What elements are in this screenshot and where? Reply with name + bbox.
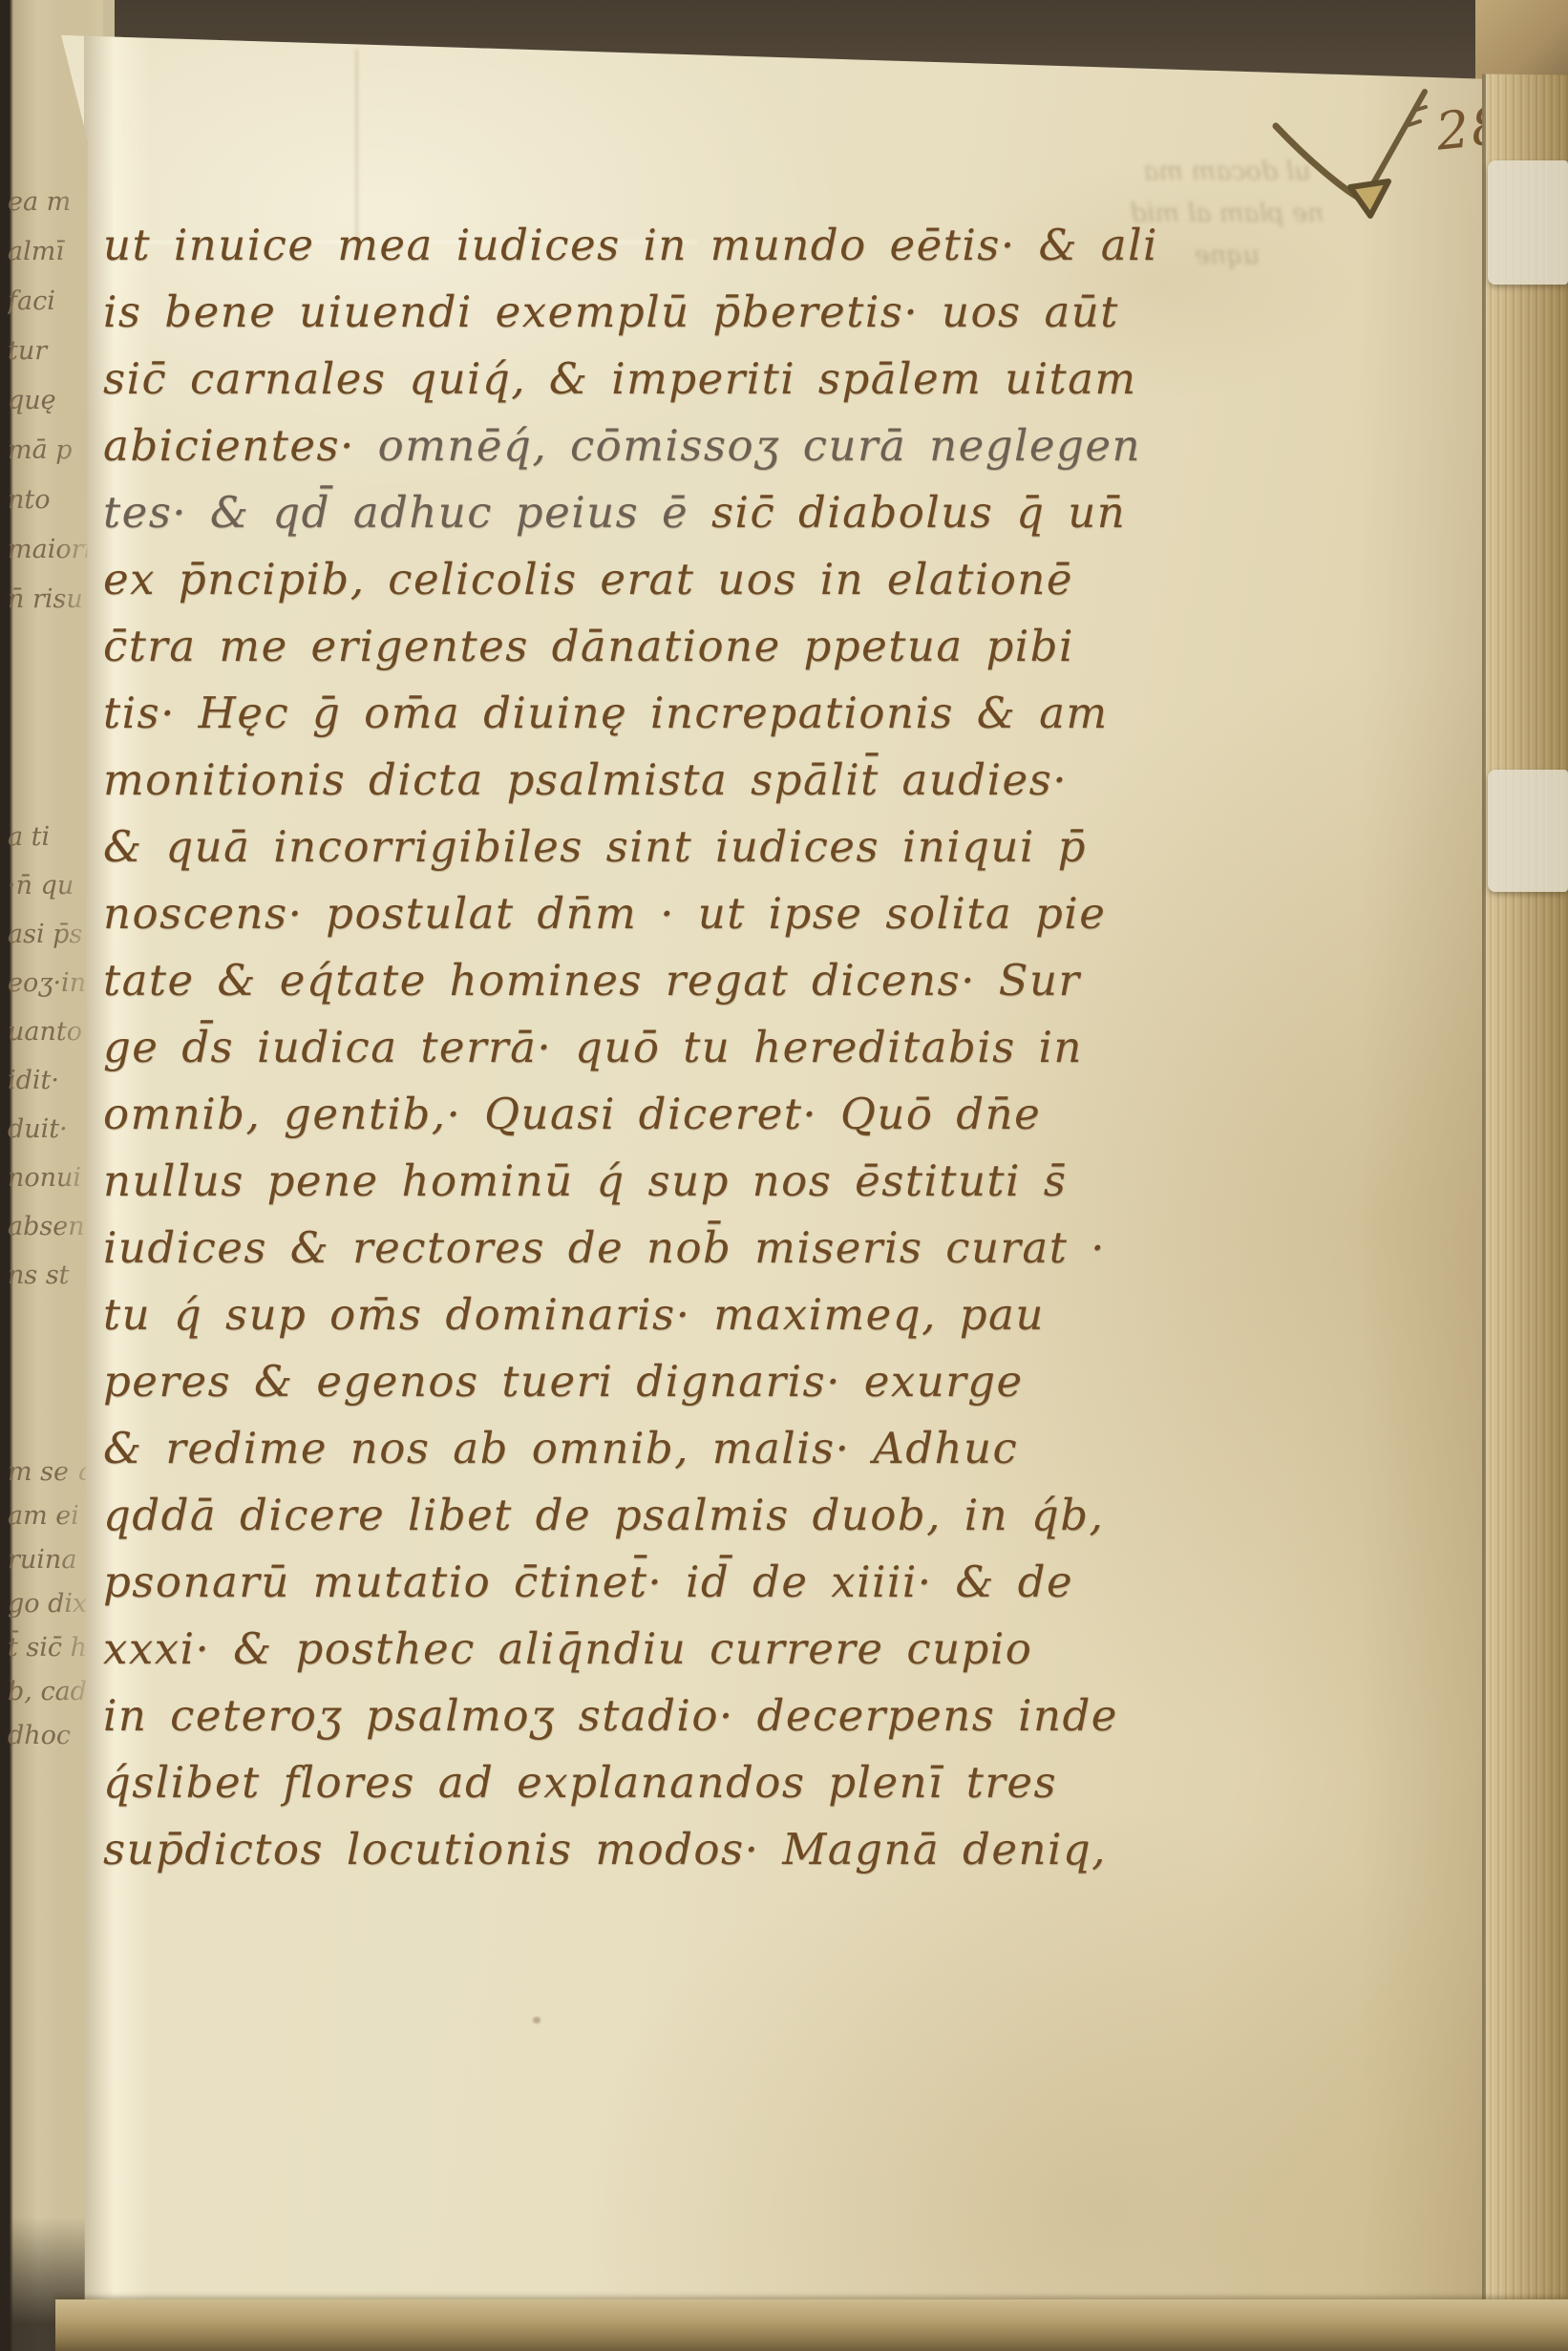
text-line: sic̄ carnales quiq́, & imperiti spālem u… (103, 346, 1259, 413)
line-text: ge d̄s iudica terrā· quō tu hereditabis … (103, 1022, 1083, 1072)
vellum-tab-upper (1488, 160, 1568, 285)
line-text: tu q́ sup om̄s dominaris· maximeq, pau (103, 1289, 1045, 1340)
manuscript-photo: ea m almī faci tur quę mā p nto maiori n… (0, 0, 1568, 2351)
text-line: tu q́ sup om̄s dominaris· maximeq, pau (103, 1281, 1259, 1348)
bottom-page-stack-edge (55, 2299, 1568, 2351)
text-line: psonarū mutatio c̄tinet̄· id̄ de xiiii· … (103, 1549, 1259, 1616)
text-line: tis· Hęc ḡ om̄a diuinę increpationis & a… (103, 680, 1259, 747)
line-text: peres & egenos tueri dignaris· exurge (103, 1356, 1024, 1407)
text-line: iudices & rectores de nob̄ miseris curat… (103, 1215, 1259, 1281)
vellum-tab-lower (1488, 770, 1568, 892)
text-line: tes· & qd̄ adhuc peius ē sic̄ diabolus q… (103, 479, 1259, 546)
text-line: & redime nos ab omnib, malis· Adhuc (103, 1415, 1259, 1482)
line-text: sic̄ carnales quiq́, & imperiti spālem u… (103, 353, 1137, 404)
line-text: c̄tra me erigentes dānatione ppetua pibi (103, 621, 1074, 671)
text-line: qddā dicere libet de psalmis duob, in q́… (103, 1482, 1259, 1549)
fore-edge-shadow-line (1482, 74, 1486, 2319)
line-text: sup̄dictos locutionis modos· Magnā deniq… (103, 1824, 1107, 1874)
text-line: ut inuice mea iudices in mundo eētis· & … (103, 212, 1259, 279)
line-text: ut inuice mea iudices in mundo eētis· & … (103, 220, 1158, 270)
line-text-retraced: tes· & qd̄ adhuc peius ē (103, 487, 711, 538)
text-line: monitionis dicta psalmista spālit̄ audie… (103, 747, 1259, 814)
manuscript-page: ul docam ma ne plam al mid uqne 28· ut i… (0, 0, 1568, 2351)
line-text: & quā incorrigibiles sint iudices iniqui… (103, 821, 1087, 872)
line-text: abicientes· (103, 420, 378, 471)
line-text: psonarū mutatio c̄tinet̄· id̄ de xiiii· … (103, 1557, 1073, 1607)
text-line: peres & egenos tueri dignaris· exurge (103, 1348, 1259, 1415)
line-text: sic̄ diabolus q̄ un̄ (711, 487, 1126, 538)
text-line: ge d̄s iudica terrā· quō tu hereditabis … (103, 1014, 1259, 1081)
text-line: abicientes· omnēq́, cōmissoʒ curā negleg… (103, 413, 1259, 479)
text-line: xxxi· & posthec aliq̄ndiu currere cupio (103, 1616, 1259, 1683)
line-text: monitionis dicta psalmista spālit̄ audie… (103, 754, 1068, 805)
text-line: ex p̄ncipib, celicolis erat uos in elati… (103, 546, 1259, 613)
text-line: tate & eq́tate homines regat dicens· Sur (103, 947, 1259, 1014)
ink-speck (533, 2017, 540, 2023)
line-text: qddā dicere libet de psalmis duob, in q́… (103, 1490, 1104, 1540)
text-line: noscens· postulat dn̄m · ut ipse solita … (103, 880, 1259, 947)
text-line: & quā incorrigibiles sint iudices iniqui… (103, 814, 1259, 880)
text-line: c̄tra me erigentes dānatione ppetua pibi (103, 613, 1259, 680)
text-line: in ceteroʒ psalmoʒ stadio· decerpens ind… (103, 1683, 1259, 1749)
line-text: in ceteroʒ psalmoʒ stadio· decerpens ind… (103, 1690, 1118, 1741)
line-text: omnib, gentib,· Quasi diceret· Quō dn̄e (103, 1089, 1041, 1139)
text-line: is bene uiuendi exemplū p̄beretis· uos a… (103, 279, 1259, 346)
text-block: ut inuice mea iudices in mundo eētis· & … (103, 212, 1259, 1883)
text-line: nullus pene hominū q́ sup nos ēstituti s… (103, 1148, 1259, 1215)
line-text: xxxi· & posthec aliq̄ndiu currere cupio (103, 1623, 1032, 1674)
line-text-retraced: omnēq́, cōmissoʒ curā neglegen (378, 420, 1141, 471)
text-line: q́slibet flores ad explanandos plenī tre… (103, 1749, 1259, 1816)
line-text: ex p̄ncipib, celicolis erat uos in elati… (103, 554, 1073, 604)
line-text: iudices & rectores de nob̄ miseris curat… (103, 1222, 1106, 1273)
text-line: omnib, gentib,· Quasi diceret· Quō dn̄e (103, 1081, 1259, 1148)
line-text: & redime nos ab omnib, malis· Adhuc (103, 1423, 1018, 1473)
text-line: sup̄dictos locutionis modos· Magnā deniq… (103, 1816, 1259, 1883)
line-text: tis· Hęc ḡ om̄a diuinę increpationis & a… (103, 688, 1109, 738)
line-text: tate & eq́tate homines regat dicens· Sur (103, 955, 1081, 1006)
line-text: is bene uiuendi exemplū p̄beretis· uos a… (103, 286, 1119, 337)
line-text: q́slibet flores ad explanandos plenī tre… (103, 1757, 1057, 1808)
line-text: noscens· postulat dn̄m · ut ipse solita … (103, 888, 1106, 939)
line-text: nullus pene hominū q́ sup nos ēstituti s… (103, 1155, 1067, 1206)
fore-edge-page-stack (1482, 74, 1568, 2319)
